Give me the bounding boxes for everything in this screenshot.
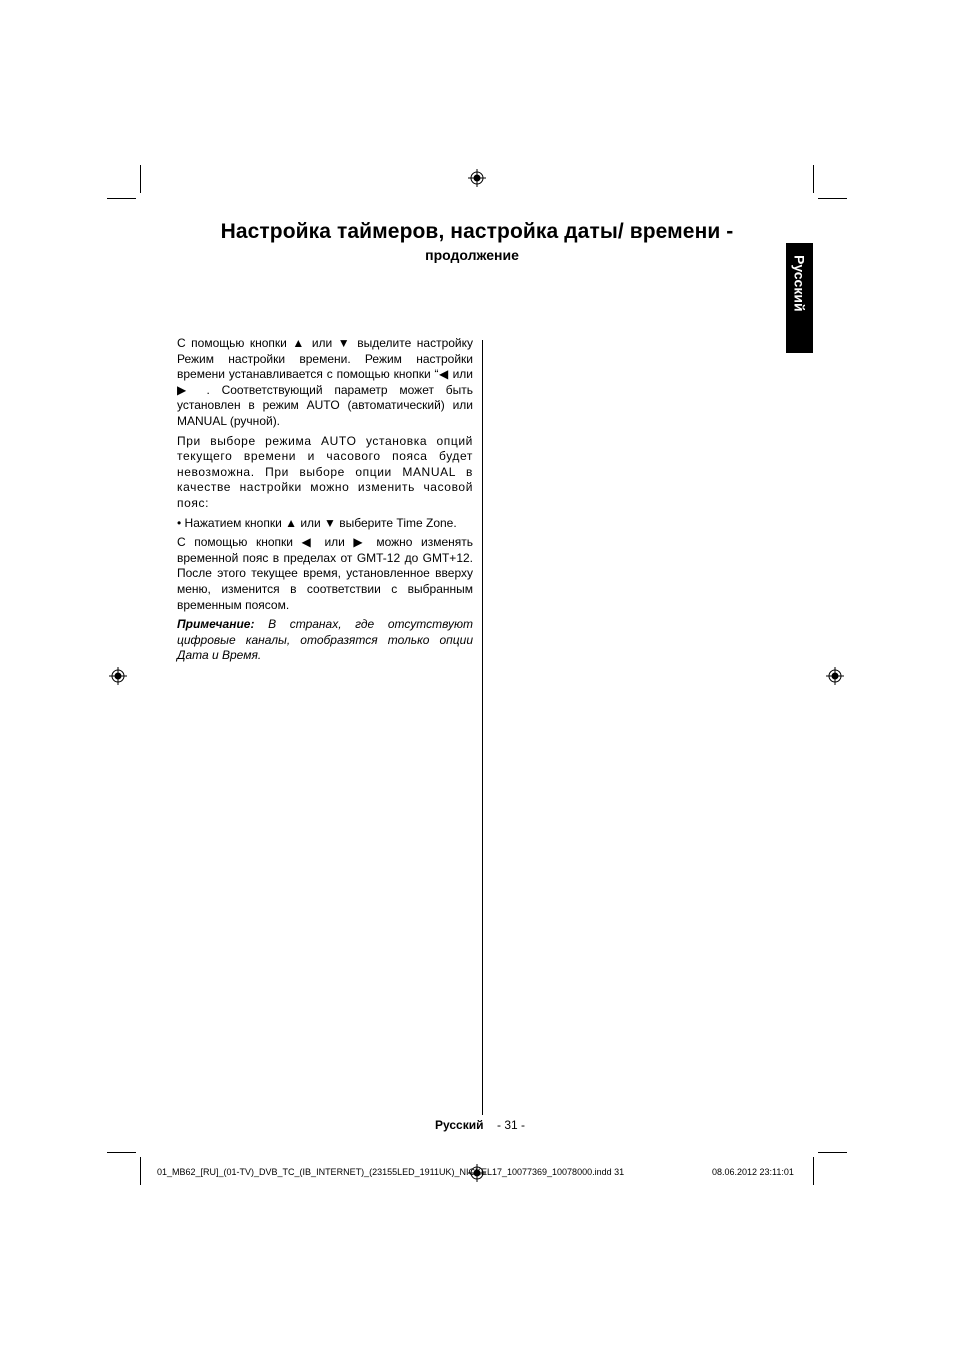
registration-mark-icon	[109, 667, 127, 685]
registration-mark-icon	[826, 667, 844, 685]
crop-mark-icon	[140, 1157, 141, 1185]
footer-language: Русский	[435, 1118, 484, 1132]
column-divider	[482, 340, 483, 1115]
body-column: С помощью кнопки ▲ или ▼ выделите настро…	[177, 336, 473, 668]
language-tab-label: Русский	[792, 255, 808, 312]
note: Примечание: В странах, где отсутствуют ц…	[177, 617, 473, 664]
language-tab: Русский	[786, 243, 813, 353]
page-number: - 31 -	[497, 1118, 525, 1132]
paragraph: С помощью кнопки ◀ или ▶ можно изменять …	[177, 535, 473, 613]
note-label: Примечание:	[177, 617, 254, 631]
paragraph: При выборе режима AUTO установка опций т…	[177, 434, 473, 512]
crop-mark-icon	[818, 198, 847, 199]
paragraph: С помощью кнопки ▲ или ▼ выделите настро…	[177, 336, 473, 430]
slug-datetime: 08.06.2012 23:11:01	[712, 1167, 794, 1177]
crop-mark-icon	[818, 1152, 847, 1153]
bullet-item: • Нажатием кнопки ▲ или ▼ выберите Time …	[177, 516, 473, 532]
crop-mark-icon	[140, 165, 141, 193]
slug-file: 01_MB62_[RU]_(01-TV)_DVB_TC_(IB_INTERNET…	[157, 1167, 624, 1177]
registration-mark-icon	[468, 169, 486, 187]
crop-mark-icon	[813, 1157, 814, 1185]
page-title: Настройка таймеров, настройка даты/ врем…	[0, 220, 954, 244]
crop-mark-icon	[813, 165, 814, 193]
crop-mark-icon	[107, 198, 136, 199]
crop-mark-icon	[107, 1152, 136, 1153]
